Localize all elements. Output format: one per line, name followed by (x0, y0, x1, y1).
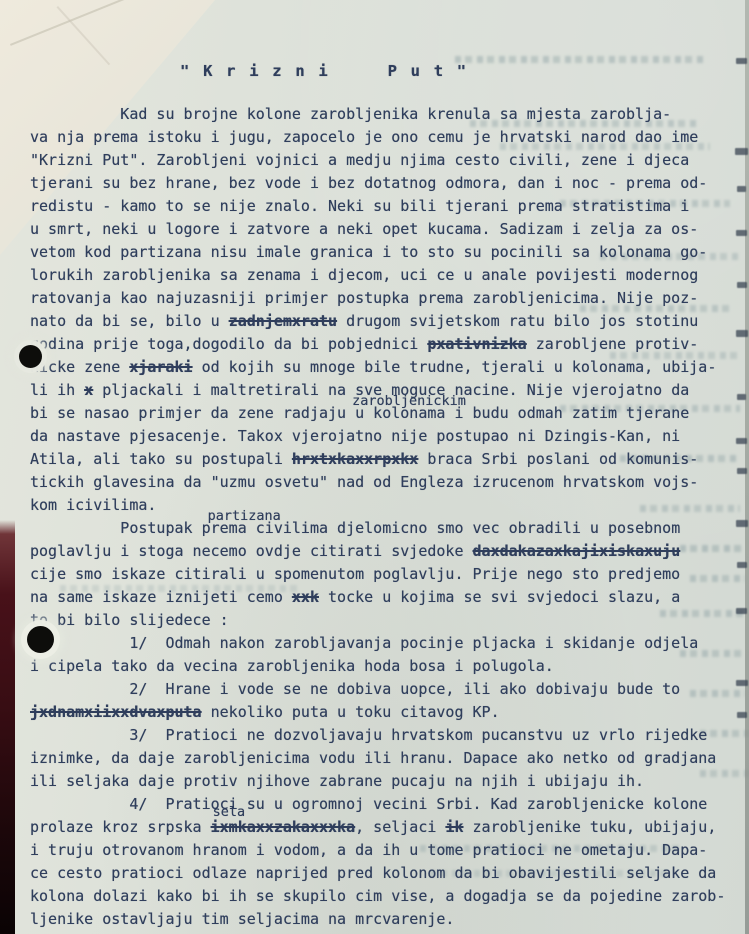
text-line: tickih glavesina da "uzmu osvetu" nad od… (30, 471, 743, 494)
corrected-text: pxativnizka (427, 335, 526, 353)
text-line: i cipela tako da vecina zarobljenika hod… (30, 655, 743, 678)
text-run: redistu - kamo to se nije znalo. Neki su… (30, 197, 689, 215)
corrected-text: daxdakazaxkajixiskaxuju (473, 542, 681, 560)
page-title: " K r i z n i P u t " (30, 60, 743, 83)
text-run: od kojih su mnoge bile trudne, tjerali u… (193, 358, 717, 376)
text-run: "Krizni Put". Zarobljeni vojnici a medju… (30, 151, 689, 169)
text-run: da nastave pjesacenje. Takox vjerojatno … (30, 427, 680, 445)
corrected-text: jxdnamxiixxdvaxputa (30, 703, 202, 721)
text-line: "Krizni Put". Zarobljeni vojnici a medju… (30, 149, 743, 172)
text-line: Atila, ali tako su postupali hrxtxkaxxrp… (30, 448, 743, 471)
text-line: iznimke, da daje zarobljenicima vodu ili… (30, 747, 743, 770)
corrected-text: xjaraki (129, 358, 192, 376)
text-run: zarobljene protiv- (527, 335, 699, 353)
text-run: na same iskaze iznijeti cemo (30, 588, 292, 606)
page-right-edge (745, 0, 749, 934)
text-line: va nja prema istoku i jugu, zapocelo je … (30, 126, 743, 149)
text-run: ce cesto pratioci odlaze naprijed pred k… (30, 864, 716, 882)
text-run: godina prije toga,dogodilo da bi pobjedn… (30, 335, 427, 353)
text-line: ratovanja kao najuzasniji primjer postup… (30, 287, 743, 310)
text-run: Postupak (30, 519, 202, 537)
text-line: poglavlju i stoga necemo ovdje citirati … (30, 540, 743, 563)
text-line: na same iskaze iznijeti cemo xxk tocke u… (30, 586, 743, 609)
text-run: civilima djelomicno smo vec obradili u p… (256, 519, 680, 537)
text-line: 4/ Pratioci su u ogromnoj vecini Srbi. K… (30, 793, 743, 816)
text-run: to bi bilo slijedece : (30, 611, 229, 629)
typewritten-text: " K r i z n i P u t " Kad su brojne kolo… (30, 60, 743, 931)
text-run: drugom svijetskom ratu bilo jos stotinu (337, 312, 698, 330)
text-line: redistu - kamo to se nije znalo. Neki su… (30, 195, 743, 218)
text-line: ili seljaka daje protiv njihove zabrane … (30, 770, 743, 793)
text-run: i truju otrovanom hranom i vodom, a da i… (30, 841, 707, 859)
corrected-text: ik (445, 818, 463, 836)
text-line: vetom kod partizana nisu imale granica i… (30, 241, 743, 264)
text-run: zarobljenike tuku, ubijaju, (464, 818, 717, 836)
text-run: tocke u kojima se svi svjedoci slazu, a (319, 588, 680, 606)
binder-edge (0, 520, 15, 934)
text-line: cije smo iskaze citirali u spomenutom po… (30, 563, 743, 586)
text-line: to bi bilo slijedece : (30, 609, 743, 632)
text-run: prolaze kroz srpska (30, 818, 211, 836)
text-run: 1/ Odmah nakon zarobljavanja pocinje plj… (30, 634, 698, 652)
text-run: li ih (30, 381, 84, 399)
text-run: budu odmah zatim tjerane (473, 404, 690, 422)
text-run: tickih glavesina da "uzmu osvetu" nad od… (30, 473, 698, 491)
text-line: kom icivilima. (30, 494, 743, 517)
text-line: 1/ Odmah nakon zarobljavanja pocinje plj… (30, 632, 743, 655)
text-line: lorukih zarobljenika sa zenama i djecom,… (30, 264, 743, 287)
punch-hole (19, 345, 42, 368)
text-run: 4/ Pratioci su u ogromnoj vecini Srbi. K… (30, 795, 707, 813)
text-run: Atila, ali tako su postupali (30, 450, 292, 468)
text-run: ili seljaka daje protiv njihove zabrane … (30, 772, 644, 790)
text-line: bi se nasao primjer da zene radjaju u ko… (30, 402, 743, 425)
text-run: u smrt, neki u logore i zatvore a neki o… (30, 220, 698, 238)
text-line: jxdnamxiixxdvaxputa nekoliko puta u toku… (30, 701, 743, 724)
text-line: godina prije toga,dogodilo da bi pobjedn… (30, 333, 743, 356)
text-run: cije smo iskaze citirali u spomenutom po… (30, 565, 680, 583)
text-run: ljenike ostavljaju tim seljacima na mrcv… (30, 910, 454, 928)
text-line: prolaze kroz srpska ixmkaxxzakaxxxkasela… (30, 816, 743, 839)
text-line: ce cesto pratioci odlaze naprijed pred k… (30, 862, 743, 885)
corrected-text: zadnjemxratu (229, 312, 337, 330)
text-run: vetom kod partizana nisu imale granica i… (30, 243, 707, 261)
text-run: 3/ Pratioci ne dozvoljavaju hrvatskom pu… (30, 726, 707, 744)
text-run: 2/ Hrane i vode se ne dobiva uopce, ili … (30, 680, 680, 698)
text-line: 3/ Pratioci ne dozvoljavaju hrvatskom pu… (30, 724, 743, 747)
text-line: i truju otrovanom hranom i vodom, a da i… (30, 839, 743, 862)
text-line: 2/ Hrane i vode se ne dobiva uopce, ili … (30, 678, 743, 701)
document-body: Kad su brojne kolone zarobljenika krenul… (30, 103, 743, 931)
text-run: nato da bi se, bilo u (30, 312, 229, 330)
corrected-text: u kolonama i zarobljenickim (346, 402, 472, 425)
corrected-text: x (84, 381, 93, 399)
text-run: braca Srbi poslani od komunis- (418, 450, 698, 468)
text-run: nicke zene (30, 358, 129, 376)
text-line: nicke zene xjaraki od kojih su mnoge bil… (30, 356, 743, 379)
text-line: u smrt, neki u logore i zatvore a neki o… (30, 218, 743, 241)
text-run: iznimke, da daje zarobljenicima vodu ili… (30, 749, 716, 767)
corrected-text: prema partizana (202, 517, 256, 540)
text-run: tjerani su bez hrane, bez vode i bez dot… (30, 174, 707, 192)
text-run: poglavlju i stoga necemo ovdje citirati … (30, 542, 473, 560)
inserted-word: zarobljenickim (352, 395, 466, 408)
punch-hole (27, 626, 54, 653)
text-line: tjerani su bez hrane, bez vode i bez dot… (30, 172, 743, 195)
inserted-word: partizana (208, 510, 281, 523)
inserted-word: sela (213, 806, 246, 819)
text-line: Postupak prema partizanacivilima djelomi… (30, 517, 743, 540)
corrected-text: xxk (292, 588, 319, 606)
corrected-text: ixmkaxxzakaxxxkasela (211, 816, 356, 839)
text-run: kom icivilima. (30, 496, 156, 514)
text-run: ratovanja kao najuzasniji primjer postup… (30, 289, 698, 307)
text-line: da nastave pjesacenje. Takox vjerojatno … (30, 425, 743, 448)
text-line: Kad su brojne kolone zarobljenika krenul… (30, 103, 743, 126)
text-run: i cipela tako da vecina zarobljenika hod… (30, 657, 554, 675)
text-line: kolona dolazi kako bi ih se skupilo cim … (30, 885, 743, 908)
text-run: va nja prema istoku i jugu, zapocelo je … (30, 128, 698, 146)
text-run: lorukih zarobljenika sa zenama i djecom,… (30, 266, 698, 284)
text-run: nekoliko puta u toku citavog KP. (202, 703, 500, 721)
document-page: " K r i z n i P u t " Kad su brojne kolo… (0, 0, 749, 934)
corrected-text: hrxtxkaxxrpxkx (292, 450, 418, 468)
text-run: , seljaci (355, 818, 445, 836)
text-line: nato da bi se, bilo u zadnjemxratu drugo… (30, 310, 743, 333)
text-run: Kad su brojne kolone zarobljenika krenul… (30, 105, 671, 123)
text-line: ljenike ostavljaju tim seljacima na mrcv… (30, 908, 743, 931)
text-run: bi se nasao primjer da zene radjaju (30, 404, 346, 422)
text-run: kolona dolazi kako bi ih se skupilo cim … (30, 887, 725, 905)
